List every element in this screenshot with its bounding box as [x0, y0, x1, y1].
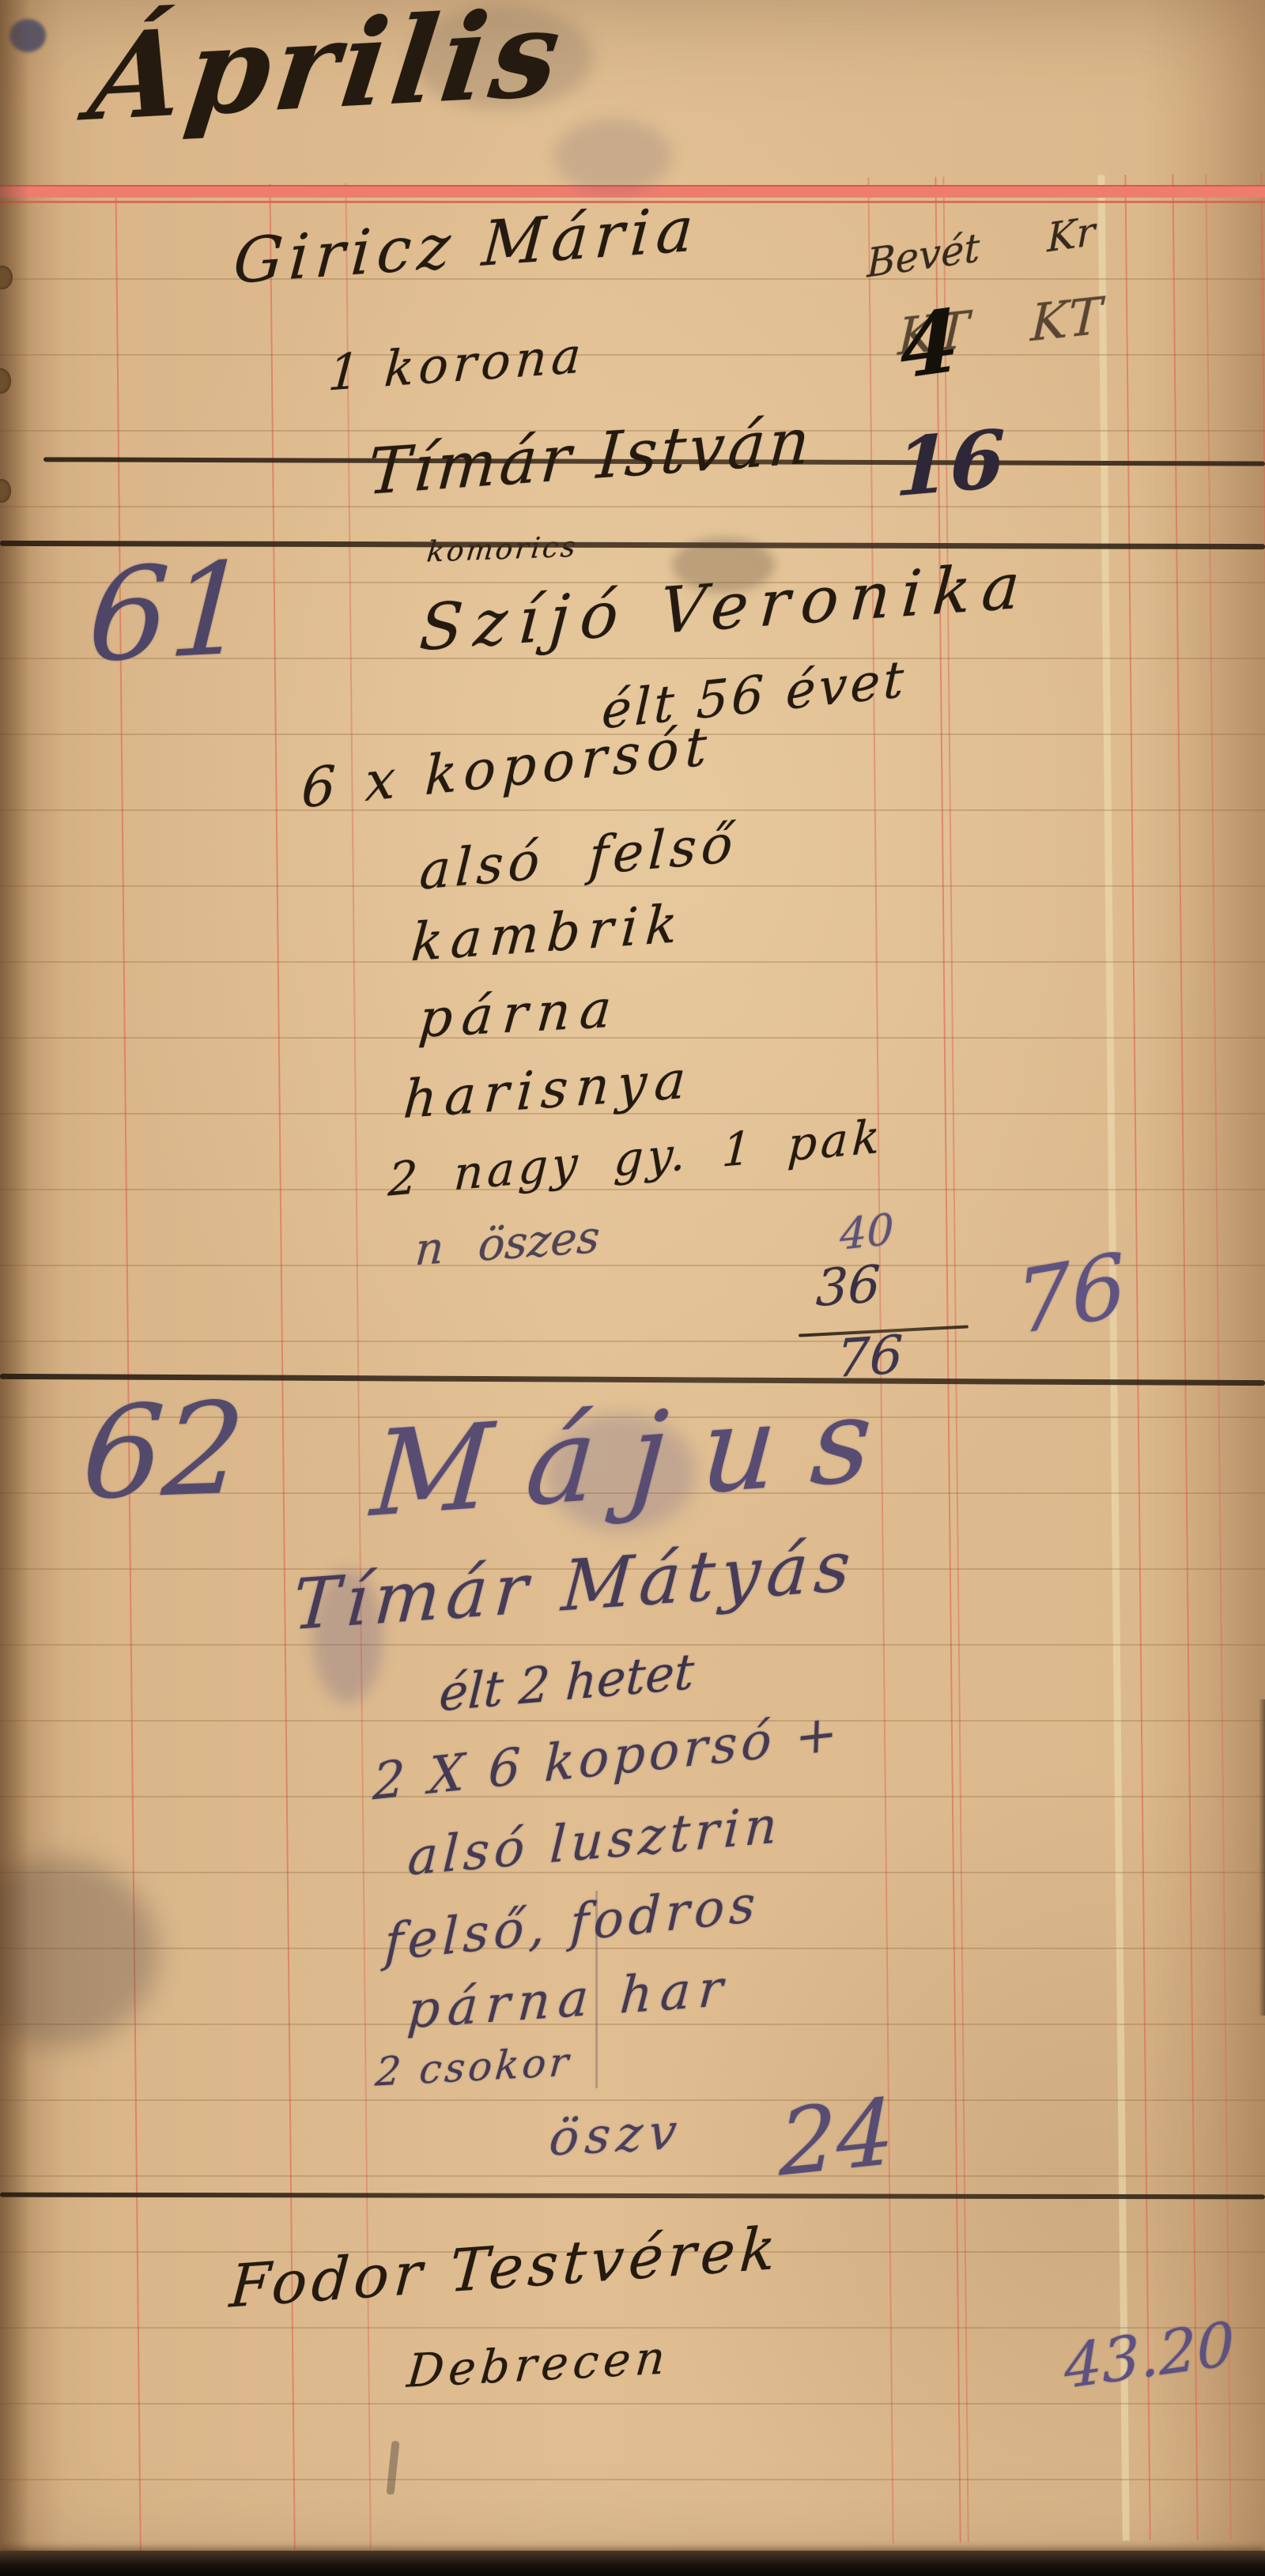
- subheader-amount: 16: [894, 419, 1005, 508]
- ledger-page: Április Giricz Mária Bevét Kr KT KT 4 1 …: [0, 0, 1265, 2576]
- entry61-sum-40: 40: [840, 1208, 893, 1256]
- entry61-item-parna: párna: [417, 983, 622, 1046]
- entry61-item-oszes: n öszes: [413, 1216, 601, 1273]
- entry62-item-csokor: 2 csokor: [374, 2042, 573, 2091]
- entry61-total: 76: [1014, 1241, 1129, 1348]
- vertical-rule: [1172, 174, 1198, 2540]
- vertical-rule-cream: [1097, 175, 1129, 2540]
- header-amount: 4: [898, 298, 960, 392]
- entry62-month: Május: [368, 1379, 911, 1533]
- header-red-band: [0, 187, 1265, 198]
- vendor-city: Debrecen: [406, 2334, 672, 2394]
- entry-number-62: 62: [78, 1385, 248, 1518]
- vertical-rule: [1260, 173, 1265, 2539]
- subheader-note: komorics: [425, 534, 579, 568]
- page-edge-right: [1259, 1699, 1265, 2016]
- entry-number-61: 61: [85, 545, 253, 680]
- month-title: Április: [84, 0, 570, 138]
- entry61-sum-36: 36: [815, 1259, 881, 1314]
- page-edge-bottom: [0, 2551, 1265, 2576]
- entry62-sum-label: öszv: [547, 2106, 685, 2163]
- entry62-total: 24: [779, 2087, 894, 2190]
- vertical-rule: [1124, 175, 1150, 2540]
- vertical-rule: [1205, 174, 1231, 2540]
- binding-edge: [0, 0, 30, 2576]
